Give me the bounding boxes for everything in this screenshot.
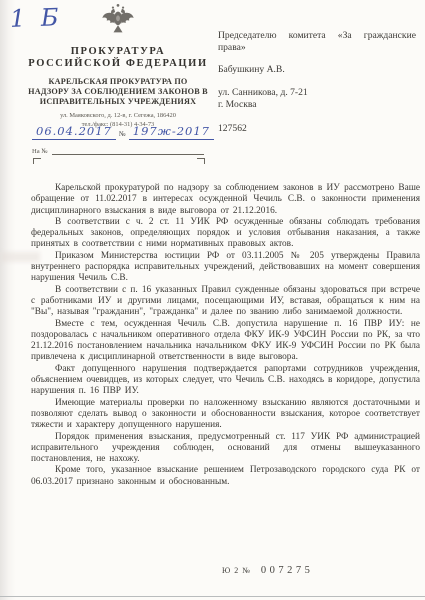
body-paragraph: Приказом Министерства юстиции РФ от 03.1… [31, 251, 420, 285]
scan-edge-left [0, 0, 16, 600]
body-paragraph: Вместе с тем, осужденная Чечиль С.В. доп… [31, 319, 420, 364]
date-number-line: 06.04.2017 № 197ж-2017 [32, 124, 214, 140]
number-sign: № [117, 130, 128, 140]
division-name: КАРЕЛЬСКАЯ ПРОКУРАТУРА ПО НАДЗОРУ ЗА СОБ… [27, 77, 209, 107]
body-paragraph: В соответствии с ч. 2 ст. 11 УИК РФ осуж… [31, 217, 420, 251]
body-paragraph: Имеющие материалы проверки по наложенном… [31, 398, 420, 432]
body-paragraph: Карельской прокуратурой по надзору за со… [31, 183, 420, 217]
reference-blank-rule [52, 147, 204, 155]
form-serial-number: Ю 2 № 007275 [222, 560, 313, 578]
reference-label: На № [32, 148, 48, 155]
scan-edge-bottom [0, 596, 425, 597]
recipient-name: Бабушкину А.В. [218, 64, 416, 76]
address-corner-left-mark [33, 158, 41, 164]
russian-coat-of-arms-icon [100, 3, 136, 37]
serial-prefix: Ю 2 № [222, 566, 251, 575]
address-corner-right-mark [197, 158, 205, 164]
handwritten-date: 06.04.2017 [32, 124, 116, 140]
handwritten-outgoing-number: 197ж-2017 [129, 124, 214, 140]
recipient-street: ул. Санникова, д. 7-21 [218, 87, 416, 99]
org-name-line2: РОССИЙСКОЙ ФЕДЕРАЦИИ [20, 58, 216, 70]
body-paragraph: В соответствии с п. 16 указанных Правил … [31, 285, 420, 319]
recipient-block: Председателю комитета «За гражданские пр… [218, 30, 416, 135]
recipient-city: г. Москва [218, 99, 416, 111]
recipient-title: Председателю комитета «За гражданские пр… [218, 30, 416, 54]
body-paragraph: Порядок применения взыскания, предусмотр… [31, 432, 420, 466]
reference-line: На № [32, 147, 204, 155]
org-name-line1: ПРОКУРАТУРА [20, 46, 216, 58]
recipient-postcode: 127562 [218, 123, 416, 135]
letterhead-block: ПРОКУРАТУРА РОССИЙСКОЙ ФЕДЕРАЦИИ КАРЕЛЬС… [20, 3, 216, 128]
body-paragraph: Факт допущенного нарушения подтверждаетс… [31, 364, 420, 398]
letter-body: Карельской прокуратурой по надзору за со… [31, 183, 420, 488]
org-address: ул. Маяковского, д. 12-в, г. Сегежа, 186… [20, 112, 216, 120]
serial-digits: 007275 [261, 565, 314, 576]
body-paragraph: Кроме того, указанное взыскание решением… [31, 465, 420, 488]
scanned-letter-page: 1 Б ПРОКУРАТУРА РОССИЙСКОЙ ФЕДЕРАЦИИ [0, 0, 425, 600]
